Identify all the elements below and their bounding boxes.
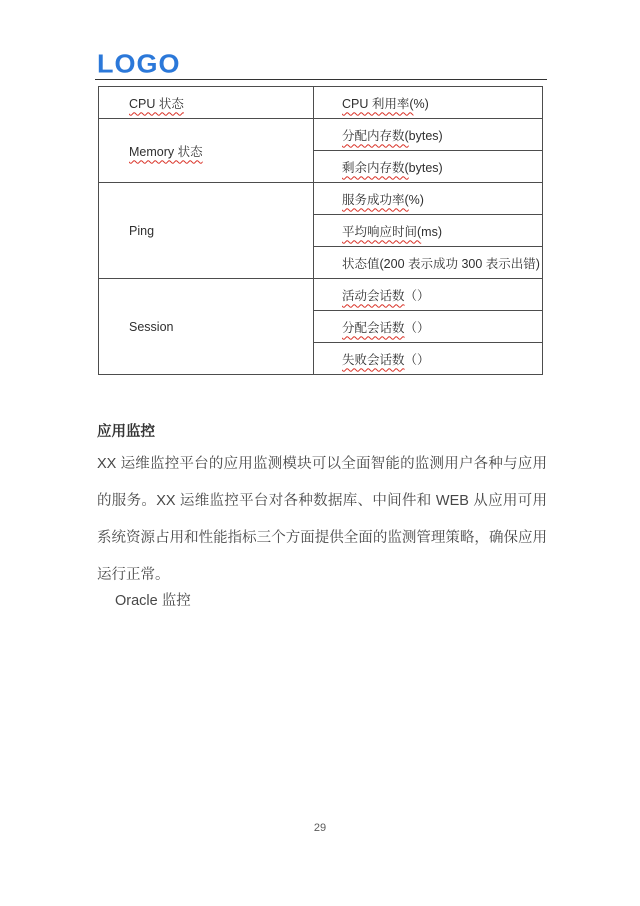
metric-text-wavy: 剩余内存数( — [342, 161, 409, 175]
page-number: 29 — [0, 822, 640, 834]
metric-text-wavy: 活动会话数 — [342, 289, 405, 303]
metric-cell: 平均响应时间(ms) — [314, 215, 543, 247]
metric-cell: CPU 利用率(%) — [314, 87, 543, 119]
header-divider — [95, 79, 547, 80]
metric-text-wavy: 平均响应时间( — [342, 225, 421, 239]
table-row: CPU 状态 CPU 利用率(%) — [99, 87, 543, 119]
group-label: Memory 状态 — [129, 145, 203, 159]
metric-text: %) — [414, 97, 429, 111]
body-paragraph: XX 运维监控平台的应用监测模块可以全面智能的监测用户各种与应用相关 的服务。X… — [97, 446, 547, 594]
group-label: Session — [129, 320, 173, 334]
metric-cell: 服务成功率(%) — [314, 183, 543, 215]
metric-text: bytes) — [409, 161, 443, 175]
metric-text-wavy: CPU 利用率( — [342, 97, 414, 111]
group-cell-ping: Ping — [99, 183, 314, 279]
metric-text: ms) — [421, 225, 442, 239]
table-row: Memory 状态 分配内存数(bytes) — [99, 119, 543, 151]
paragraph-line: 系统资源占用和性能指标三个方面提供全面的监测管理策略，确保应用的 — [97, 520, 547, 557]
metric-text: bytes) — [409, 129, 443, 143]
metric-text-wavy: 分配内存数( — [342, 129, 409, 143]
metric-cell: 失败会话数（） — [314, 343, 543, 375]
paragraph-line: XX 运维监控平台的应用监测模块可以全面智能的监测用户各种与应用相关 — [97, 446, 547, 483]
metric-cell: 分配内存数(bytes) — [314, 119, 543, 151]
metric-text: （） — [405, 289, 430, 303]
logo: LOGO — [97, 50, 181, 80]
paragraph-line: 的服务。XX 运维监控平台对各种数据库、中间件和 WEB 从应用可用性、 — [97, 483, 547, 520]
group-cell-cpu: CPU 状态 — [99, 87, 314, 119]
sub-item-oracle: Oracle 监控 — [115, 588, 191, 614]
group-label: CPU 状态 — [129, 97, 184, 111]
table-row: Ping 服务成功率(%) — [99, 183, 543, 215]
metric-text-wavy: 服务成功率( — [342, 193, 409, 207]
section-heading: 应用监控 — [97, 420, 155, 441]
group-cell-session: Session — [99, 279, 314, 375]
table-row: Session 活动会话数（） — [99, 279, 543, 311]
metric-text: （） — [405, 321, 430, 335]
metric-cell: 活动会话数（） — [314, 279, 543, 311]
document-page: LOGO CPU 状态 CPU 利用率(%) Memory 状态 分配内存数(b… — [0, 0, 640, 906]
metric-text: （） — [405, 353, 430, 367]
group-cell-memory: Memory 状态 — [99, 119, 314, 183]
metric-text-wavy: 失败会话数 — [342, 353, 405, 367]
metric-cell: 剩余内存数(bytes) — [314, 151, 543, 183]
metrics-table: CPU 状态 CPU 利用率(%) Memory 状态 分配内存数(bytes)… — [98, 86, 543, 375]
metric-text: 状态值(200 表示成功 300 表示出错) — [342, 257, 540, 271]
metric-cell: 状态值(200 表示成功 300 表示出错) — [314, 247, 543, 279]
metric-text-wavy: 分配会话数 — [342, 321, 405, 335]
group-label: Ping — [129, 224, 154, 238]
metric-text: %) — [409, 193, 424, 207]
metric-cell: 分配会话数（） — [314, 311, 543, 343]
